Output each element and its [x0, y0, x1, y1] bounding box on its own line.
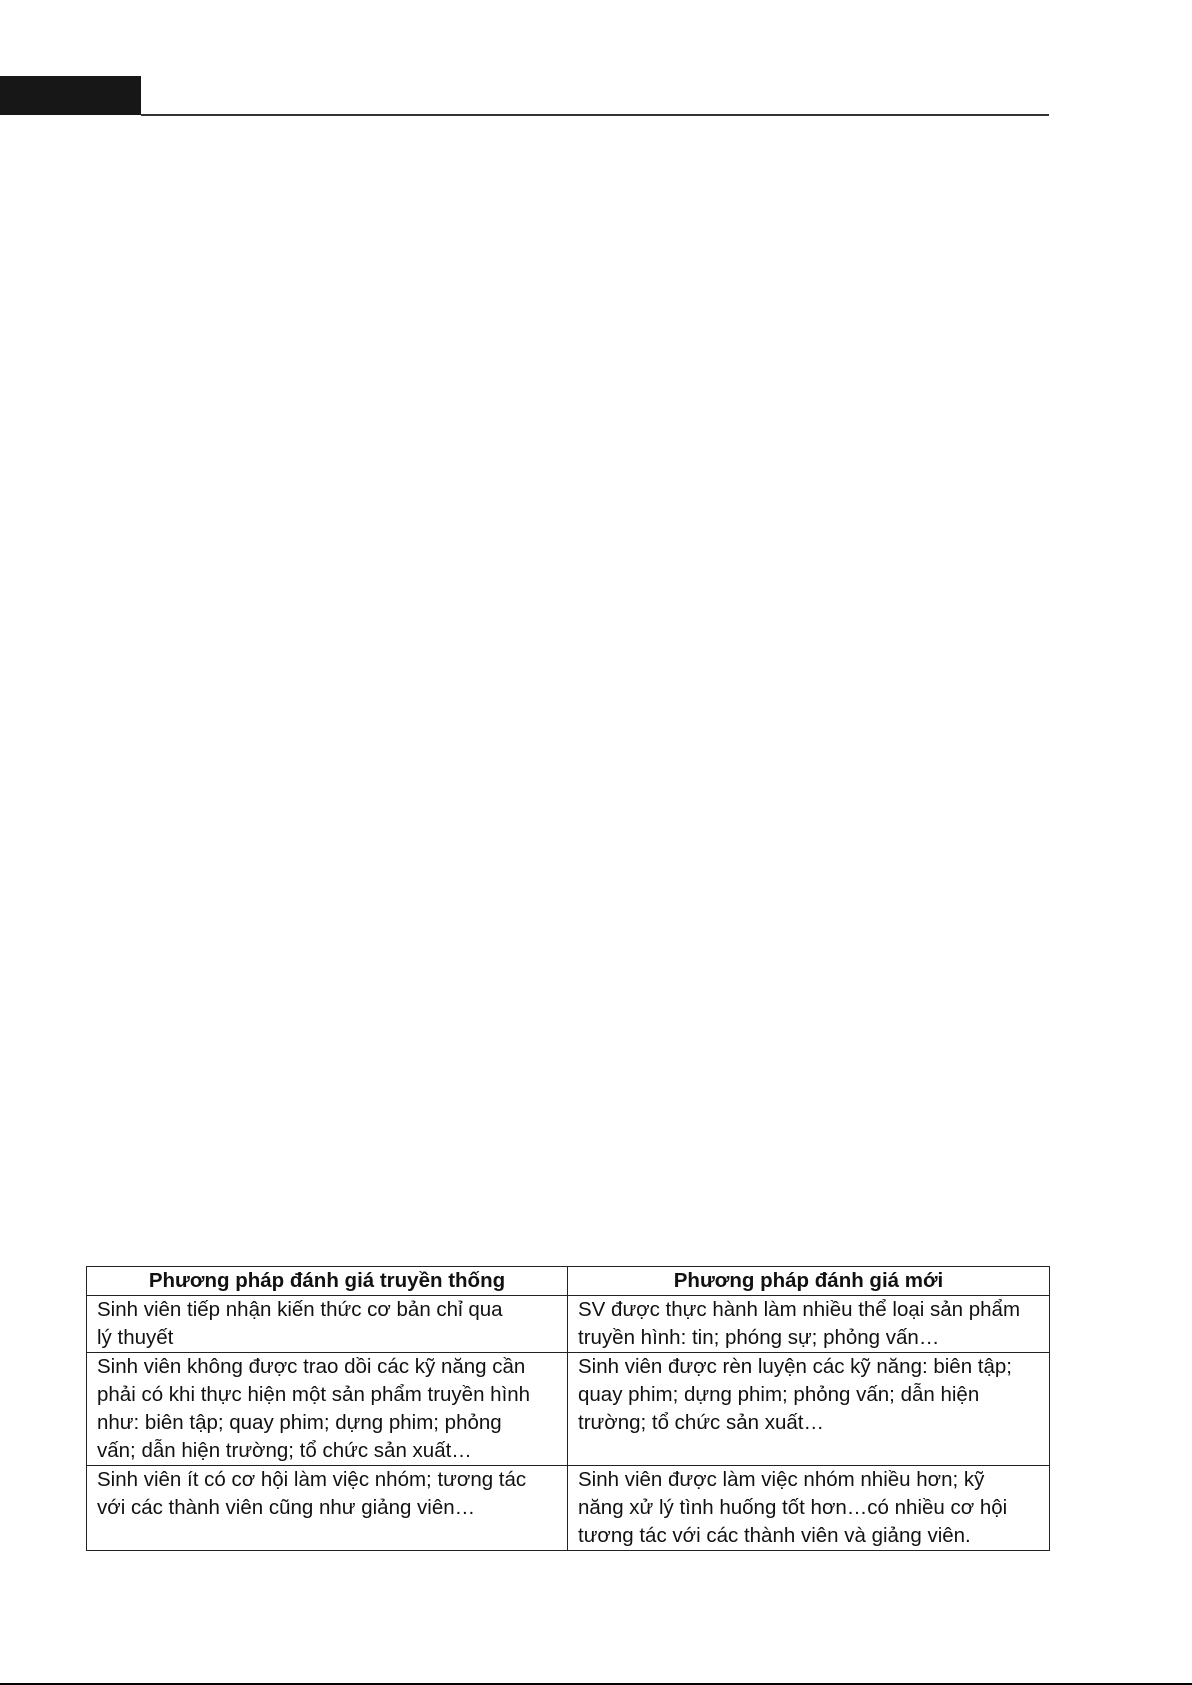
cell-new: Sinh viên được làm việc nhóm nhiều hơn; …	[568, 1466, 1050, 1551]
cell-new: SV được thực hành làm nhiều thể loại sản…	[568, 1296, 1050, 1353]
table-row: Sinh viên tiếp nhận kiến thức cơ bản chỉ…	[87, 1296, 1050, 1353]
cell-new: Sinh viên được rèn luyện các kỹ năng: bi…	[568, 1353, 1050, 1466]
column-header-new: Phương pháp đánh giá mới	[568, 1267, 1050, 1296]
cell-traditional: Sinh viên tiếp nhận kiến thức cơ bản chỉ…	[87, 1296, 568, 1353]
table-header-row: Phương pháp đánh giá truyền thống Phương…	[87, 1267, 1050, 1296]
column-header-traditional: Phương pháp đánh giá truyền thống	[87, 1267, 568, 1296]
page-header-rule	[141, 114, 1049, 116]
cell-traditional: Sinh viên không được trao dồi các kỹ năn…	[87, 1353, 568, 1466]
page-header-block	[0, 76, 141, 115]
table-row: Sinh viên không được trao dồi các kỹ năn…	[87, 1353, 1050, 1466]
cell-traditional: Sinh viên ít có cơ hội làm việc nhóm; tư…	[87, 1466, 568, 1551]
comparison-table: Phương pháp đánh giá truyền thống Phương…	[86, 1266, 1050, 1551]
table-row: Sinh viên ít có cơ hội làm việc nhóm; tư…	[87, 1466, 1050, 1551]
